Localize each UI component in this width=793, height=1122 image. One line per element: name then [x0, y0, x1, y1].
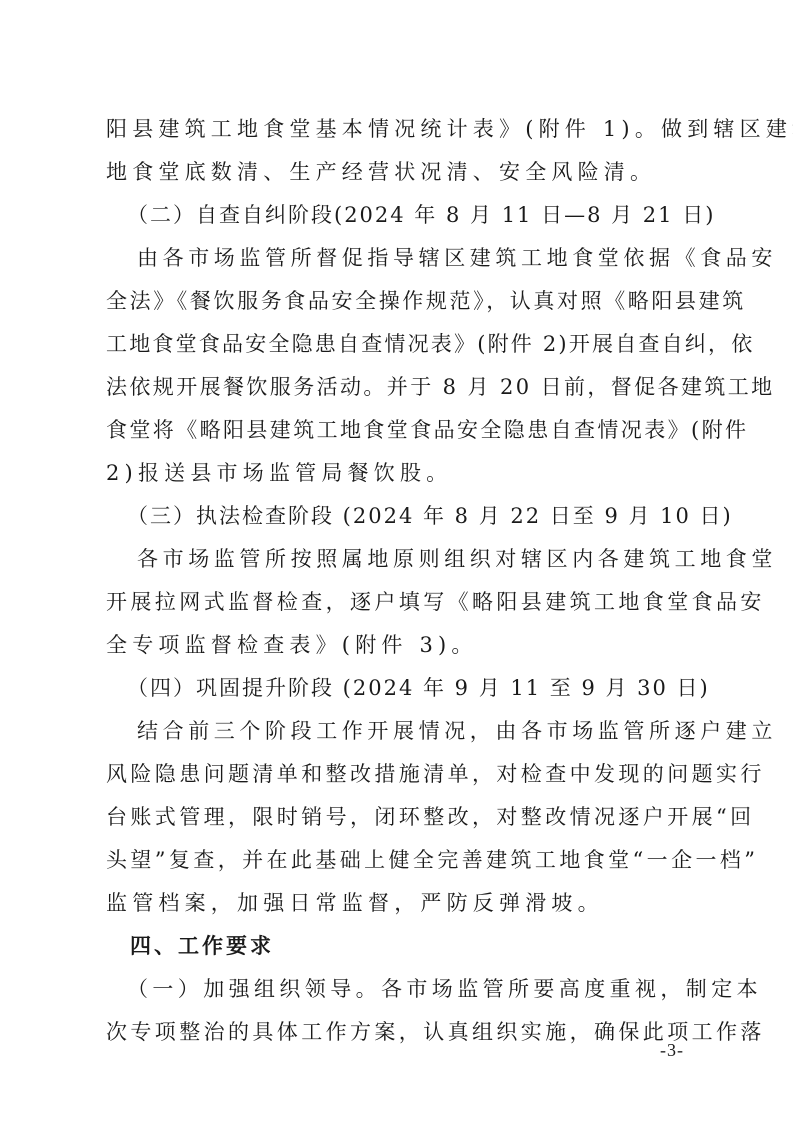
section-subheading: （二）自查自纠阶段(2024 年 8 月 11 日—8 月 21 日) — [127, 194, 717, 237]
text-line: 全法》《餐饮服务食品安全操作规范》，认真对照《略阳县建筑 — [106, 280, 696, 323]
text-line: 工地食堂食品安全隐患自查情况表》(附件 2)开展自查自纠，依 — [106, 323, 696, 366]
text-line: 开展拉网式监督检查，逐户填写《略阳县建筑工地食堂食品安 — [106, 581, 696, 624]
page-number: -3- — [660, 1040, 684, 1061]
text-line: 法依规开展餐饮服务活动。并于 8 月 20 日前，督促各建筑工地 — [106, 366, 696, 409]
text-line: 2)报送县市场监管局餐饮股。 — [106, 452, 696, 495]
section-subheading: （三）执法检查阶段 (2024 年 8 月 22 日至 9 月 10 日) — [127, 495, 717, 538]
section-subheading: （一）加强组织领导。各市场监管所要高度重视，制定本 — [127, 968, 717, 1011]
section-subheading: （四）巩固提升阶段 (2024 年 9 月 11 至 9 月 30 日) — [127, 667, 717, 710]
text-line: 阳县建筑工地食堂基本情况统计表》(附件 1)。做到辖区建筑工 — [106, 108, 696, 151]
text-line: 食堂将《略阳县建筑工地食堂食品安全隐患自查情况表》(附件 — [106, 409, 696, 452]
text-line: 风险隐患问题清单和整改措施清单，对检查中发现的问题实行 — [106, 753, 696, 796]
text-line: 地食堂底数清、生产经营状况清、安全风险清。 — [106, 151, 696, 194]
text-line: 头望”复查，并在此基础上健全完善建筑工地食堂“一企一档” — [106, 839, 696, 882]
paragraph-start: 结合前三个阶段工作开展情况，由各市场监管所逐户建立 — [137, 710, 727, 753]
text-line: 次专项整治的具体工作方案，认真组织实施，确保此项工作落 — [106, 1011, 696, 1054]
document-page: 阳县建筑工地食堂基本情况统计表》(附件 1)。做到辖区建筑工 地食堂底数清、生产… — [0, 0, 793, 1122]
text-line: 台账式管理，限时销号，闭环整改，对整改情况逐户开展“回 — [106, 796, 696, 839]
paragraph-start: 各市场监管所按照属地原则组织对辖区内各建筑工地食堂 — [137, 538, 727, 581]
section-heading: 四、工作要求 — [130, 925, 720, 968]
paragraph-start: 由各市场监管所督促指导辖区建筑工地食堂依据《食品安 — [137, 237, 727, 280]
text-line: 全专项监督检查表》(附件 3)。 — [106, 624, 696, 667]
text-line: 监管档案，加强日常监督，严防反弹滑坡。 — [106, 882, 696, 925]
